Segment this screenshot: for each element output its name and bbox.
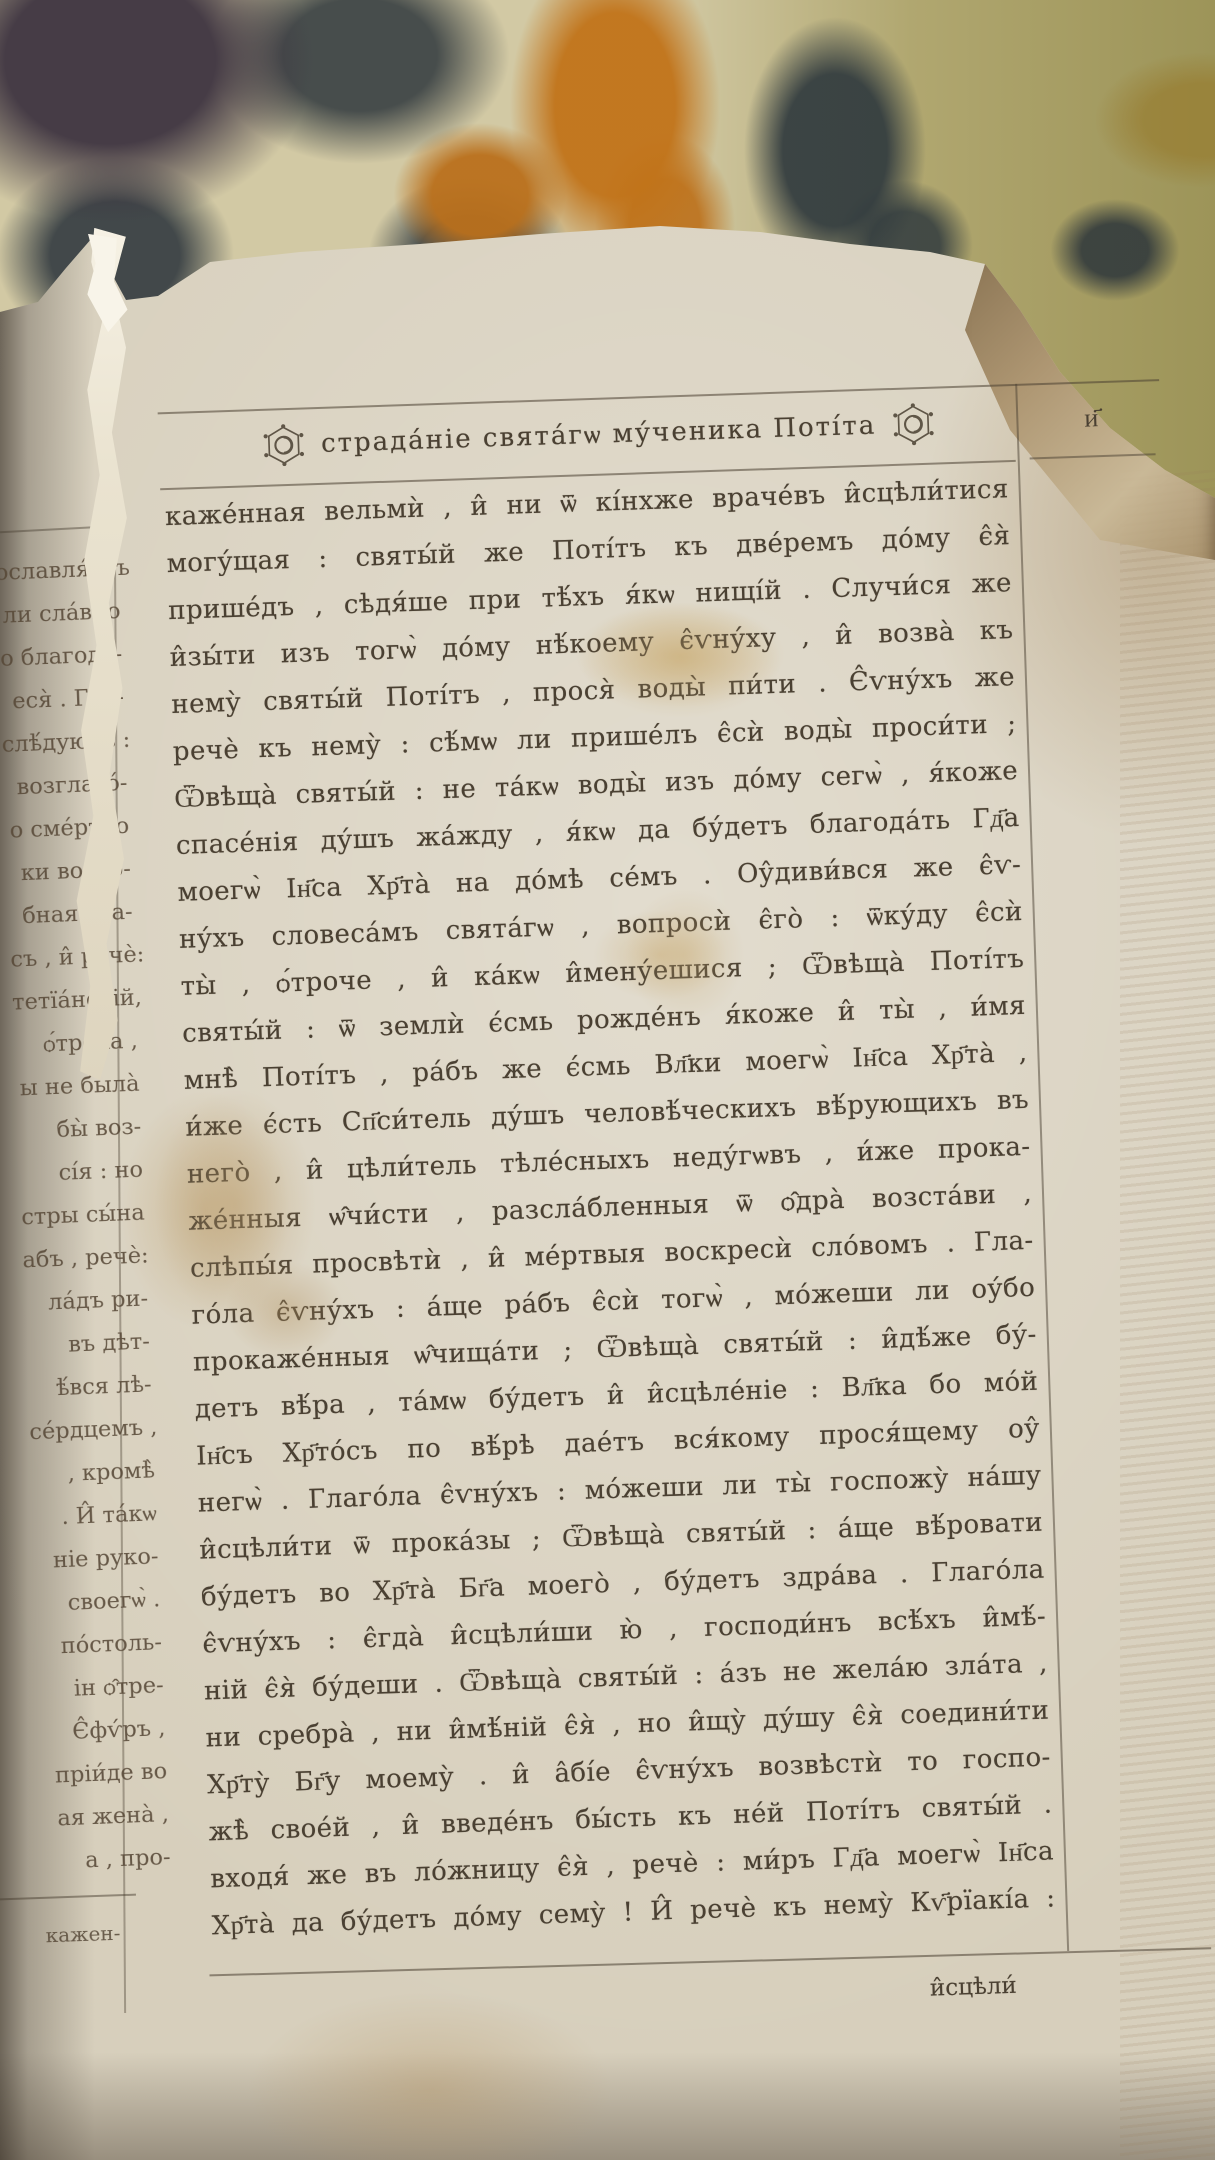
left-page-line-fragment: Є̂фѵ́ръ , (41, 1707, 177, 1755)
left-page-line-fragment: тетїа́нскій, (11, 976, 147, 1024)
header-top-rule (158, 379, 1160, 414)
left-page-line-fragment: своегѡ̀ . (35, 1578, 171, 1626)
left-page-line-fragment: , кромѣ̀ (30, 1449, 166, 1497)
left-page-line-fragment: по́столь- (37, 1621, 173, 1669)
catchword: и̂сцѣли́ (888, 1971, 1059, 2003)
photo-of-open-book: { "page": { "number": "и҃", "header": { … (0, 0, 1215, 2160)
left-page-line-fragment: бы̀ воз- (16, 1105, 152, 1153)
footer-rule (209, 1947, 1211, 1976)
left-page-catchword: кажен- (28, 1920, 139, 1948)
left-page-line-fragment: сі́я : но (18, 1148, 154, 1196)
left-page-line-fragment: возглаго́- (3, 761, 139, 809)
right-page: страда́ніе свята́гѡ му́ченика Поті́та и҃… (147, 351, 1215, 2084)
rosette-ornament-icon (262, 423, 305, 466)
left-page-line-fragment: се́рдцемъ , (29, 1406, 165, 1454)
left-page-line-fragment: . И̂ та́кѡ (32, 1492, 168, 1540)
page-header: страда́ніе свята́гѡ му́ченика Поті́та (278, 403, 919, 466)
left-page-line-fragment: стры сы́на (20, 1191, 156, 1239)
left-page-line-fragment: абъ , речѐ: (22, 1234, 158, 1282)
rosette-ornament-icon (891, 403, 934, 446)
page-title: страда́ніе свята́гѡ му́ченика Поті́та (321, 411, 877, 459)
left-page-line-fragment: ін ѻ̂тре- (39, 1664, 175, 1712)
left-page-line-fragment: пріи́де во (42, 1750, 178, 1798)
left-page-line-fragment: ѻ́трока , (13, 1019, 149, 1067)
left-page-line-fragment: ѣ́вся лѣ- (27, 1363, 163, 1411)
left-page-line-fragment: ла́дъ ри- (23, 1277, 159, 1325)
left-page-line-fragment: съ , и̂ речѐ: (10, 933, 146, 981)
left-page-line-fragment: а , про- (46, 1836, 182, 1884)
left-page-line-fragment: въ дѣт- (25, 1320, 161, 1368)
body-text: каже́нная вельмѝ , и̂ ни ѿ кі́нхже враче… (164, 466, 1056, 1950)
page-number: и҃ (1027, 381, 1155, 459)
left-page-line-fragment: ая жена̀ , (44, 1793, 180, 1841)
left-page-line-fragment: ніе руко- (34, 1535, 170, 1583)
left-page-line-fragment: бная гла- (8, 890, 144, 938)
